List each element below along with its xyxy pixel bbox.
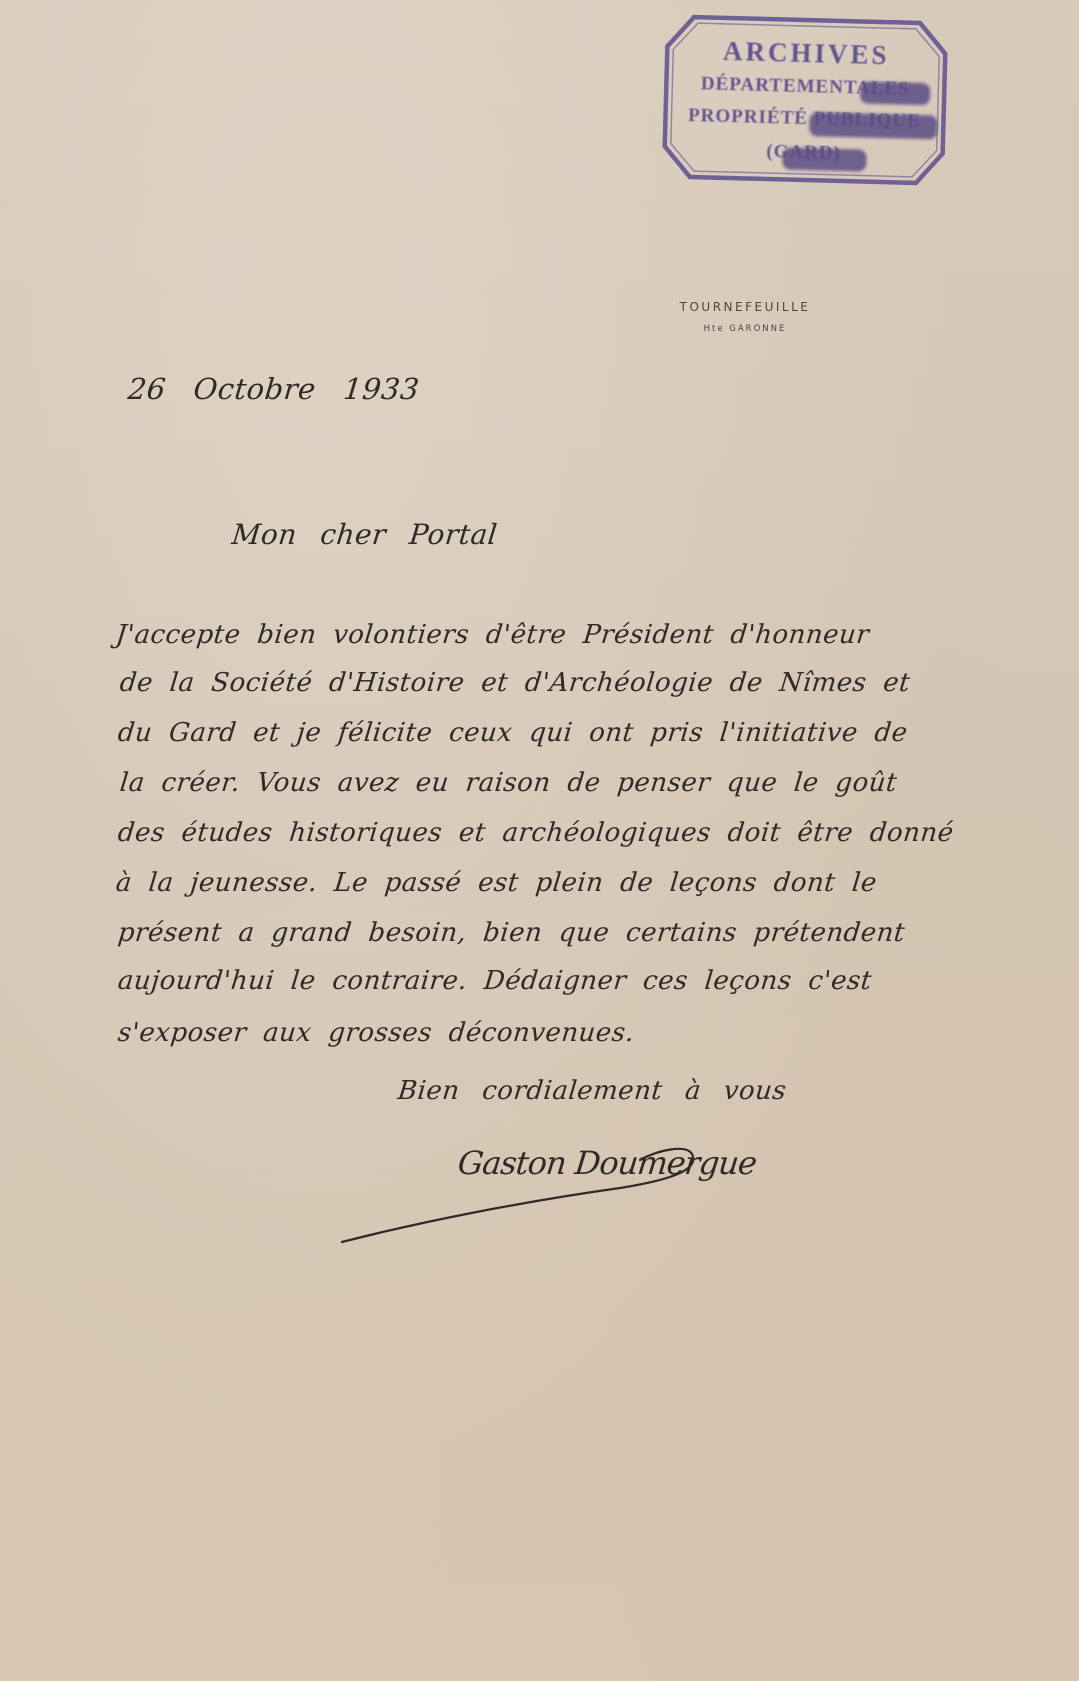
letter-salutation: Mon cher Portal <box>230 518 499 551</box>
letterhead-town: TOURNEFEUILLE <box>640 300 850 314</box>
body-line: des études historiques et archéologiques… <box>116 818 955 848</box>
archive-stamp: ARCHIVES DÉPARTEMENTALES PROPRIÉTÉ PUBLI… <box>660 12 950 187</box>
stamp-smudge <box>860 81 931 105</box>
body-line: s'exposer aux grosses déconvenues. <box>116 1018 636 1048</box>
letter-page: ARCHIVES DÉPARTEMENTALES PROPRIÉTÉ PUBLI… <box>0 0 1079 1681</box>
signature-flourish-icon <box>340 1140 720 1250</box>
body-line: de la Société d'Histoire et d'Archéologi… <box>118 668 911 698</box>
body-line: aujourd'hui le contraire. Dédaigner ces … <box>116 966 873 996</box>
letter-date: 26 Octobre 1933 <box>126 372 421 406</box>
body-line: présent a grand besoin, bien que certain… <box>116 918 906 948</box>
body-line: à la jeunesse. Le passé est plein de leç… <box>114 868 878 898</box>
letterhead: TOURNEFEUILLE Hte GARONNE <box>640 300 850 334</box>
body-line: la créer. Vous avez eu raison de penser … <box>118 768 898 798</box>
body-line: du Gard et je félicite ceux qui ont pris… <box>116 718 909 748</box>
body-line: J'accepte bien volontiers d'être Préside… <box>114 620 870 650</box>
letterhead-department: Hte GARONNE <box>640 324 850 334</box>
stamp-smudge <box>809 112 938 139</box>
letter-closing: Bien cordialement à vous <box>396 1076 787 1106</box>
stamp-smudge <box>782 147 867 171</box>
